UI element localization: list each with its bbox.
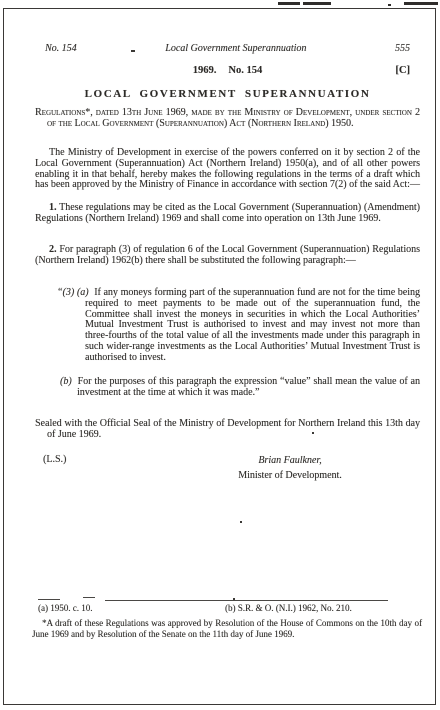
footnote-rule <box>38 599 60 600</box>
enacting-paragraph: The Ministry of Development in exercise … <box>35 148 420 191</box>
sub-paragraph-b-text: For the purposes of this paragraph the e… <box>77 376 420 398</box>
citation-line: 1969.No. 154 [C] <box>35 66 420 77</box>
preamble-paragraph: Regulations*, dated 13th June 1969, made… <box>35 108 420 129</box>
signature-row: (L.S.) Brian Faulkner, Minister of Devel… <box>35 453 420 483</box>
classification-mark: [C] <box>395 66 410 77</box>
scan-artifact <box>131 50 135 52</box>
running-header-number: No. 154 <box>45 44 77 55</box>
footnote-ref-a: (a) 1950. c. 10. <box>38 603 92 614</box>
sub-paragraph-3a-label: “(3) (a) <box>57 287 92 298</box>
regulation-1-text: These regulations may be cited as the Lo… <box>35 202 420 224</box>
citation-year: 1969. <box>193 65 217 76</box>
regulation-1-number: 1. <box>49 202 57 213</box>
scanned-document-page: No. 154 Local Government Superannuation … <box>0 0 440 710</box>
signatory-title: Minister of Development. <box>205 468 375 483</box>
sub-paragraph-3a: “(3) (a) If any moneys forming part of t… <box>35 288 420 364</box>
footnote-rule <box>105 600 388 601</box>
scan-artifact <box>303 2 331 5</box>
sub-paragraph-b: (b) For the purposes of this paragraph t… <box>35 377 420 399</box>
running-header-page-number: 555 <box>395 44 410 55</box>
footnote-star-note: *A draft of these Regulations was approv… <box>32 618 422 639</box>
seal-mark: (L.S.) <box>43 455 66 466</box>
running-header: No. 154 Local Government Superannuation … <box>35 44 420 55</box>
footnote-rule <box>83 597 95 598</box>
running-header-title: Local Government Superannuation <box>165 44 306 55</box>
regulation-2: 2. For paragraph (3) of regulation 6 of … <box>35 245 420 267</box>
scan-artifact <box>240 521 242 523</box>
signature-block: Brian Faulkner, Minister of Development. <box>205 453 375 483</box>
sub-paragraph-b-label: (b) <box>60 376 75 387</box>
regulation-2-number: 2. <box>49 244 57 255</box>
scan-artifact <box>388 4 391 6</box>
scan-artifact <box>233 598 235 600</box>
citation-number: No. 154 <box>228 65 262 76</box>
scan-artifact <box>278 2 300 5</box>
sealing-clause: Sealed with the Official Seal of the Min… <box>35 419 420 441</box>
footnote-ref-b: (b) S.R. & O. (N.I.) 1962, No. 210. <box>225 603 352 614</box>
regulation-2-text: For paragraph (3) of regulation 6 of the… <box>35 244 420 266</box>
document-title: LOCAL GOVERNMENT SUPERANNUATION <box>35 89 420 100</box>
scan-artifact <box>312 432 314 434</box>
regulation-1: 1. These regulations may be cited as the… <box>35 203 420 225</box>
signatory-name: Brian Faulkner, <box>205 453 375 468</box>
scan-artifact <box>404 2 438 5</box>
sub-paragraph-3a-text: If any moneys forming part of the supera… <box>85 287 420 363</box>
